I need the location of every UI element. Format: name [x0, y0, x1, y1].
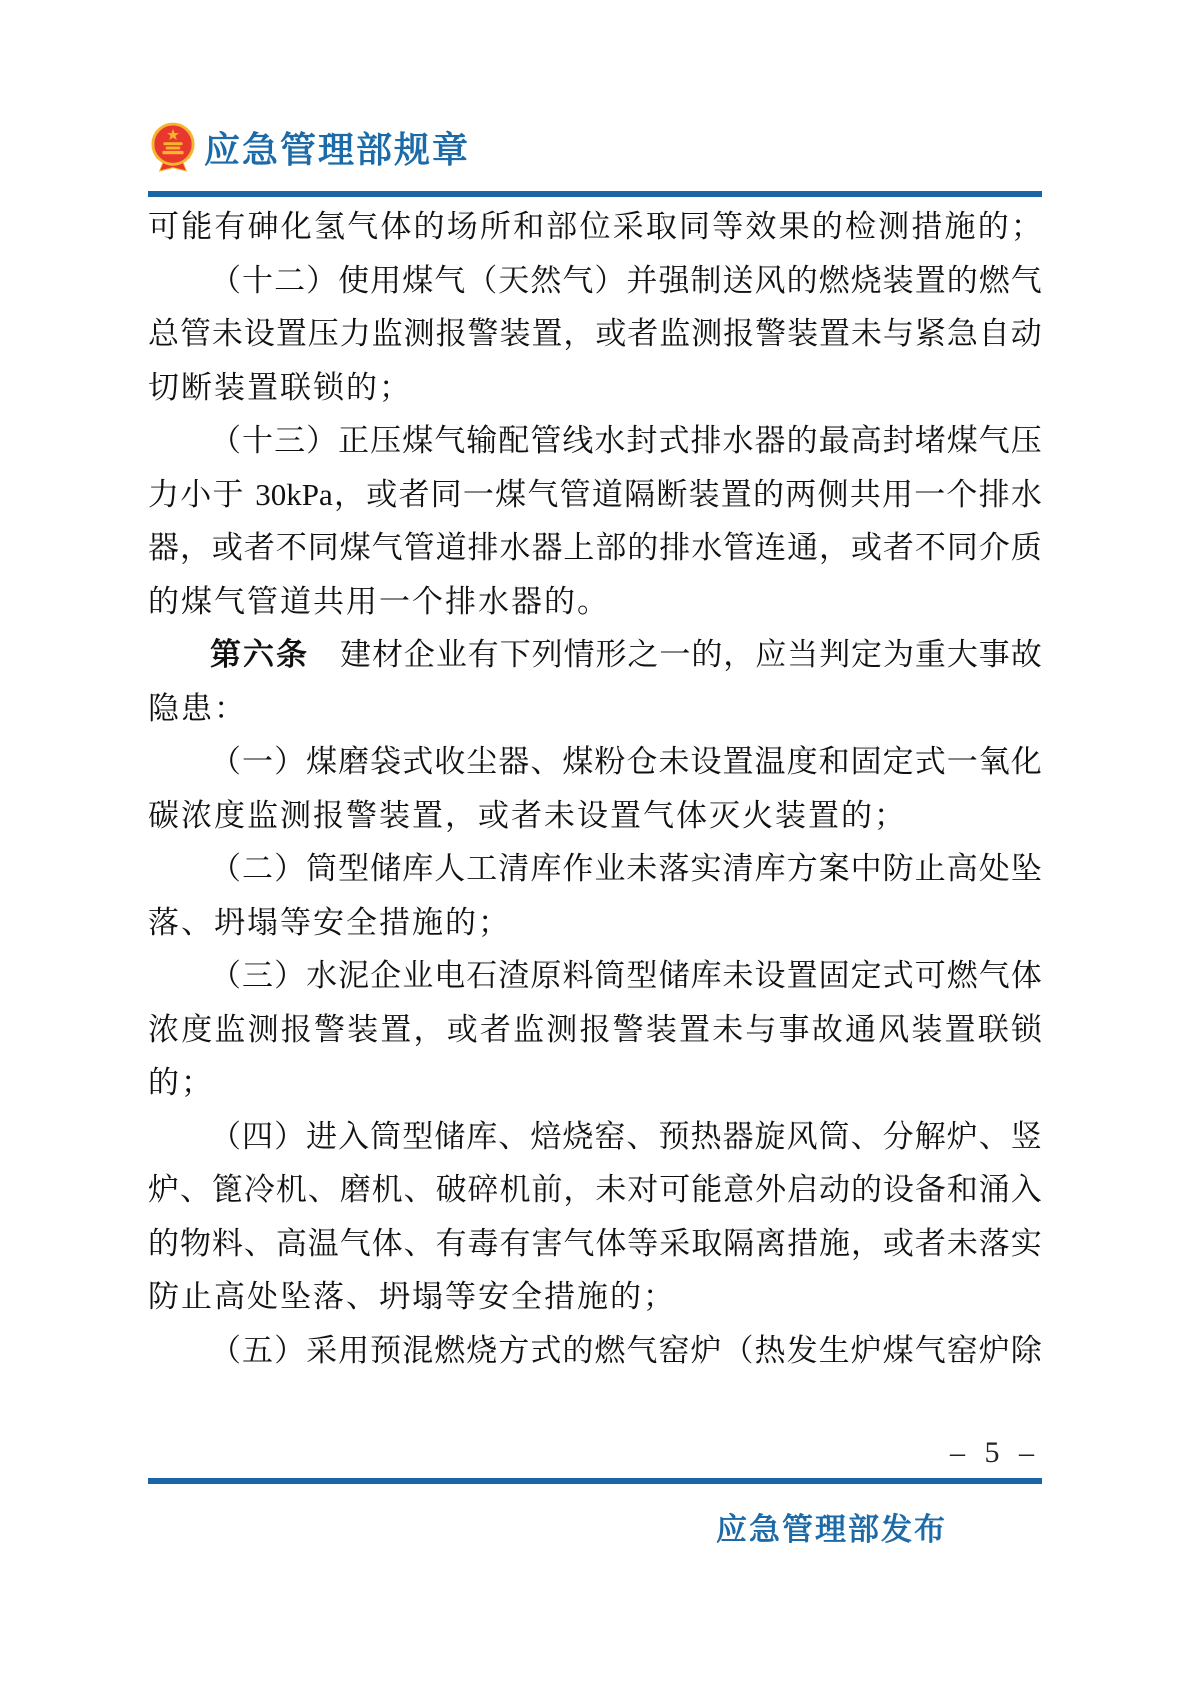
body-line: 隐患：: [148, 682, 1042, 736]
body-line: 炉、篦冷机、磨机、破碎机前，未对可能意外启动的设备和涌入: [148, 1163, 1042, 1217]
national-emblem-icon: [150, 122, 196, 174]
footer-divider: [148, 1478, 1042, 1484]
body-line: 的物料、高温气体、有毒有害气体等采取隔离措施，或者未落实: [148, 1217, 1042, 1271]
page: 应急管理部规章 可能有砷化氢气体的场所和部位采取同等效果的检测措施的； （十二）…: [0, 0, 1190, 1683]
publisher-label: 应急管理部发布: [716, 1504, 947, 1549]
body-line: （十三）正压煤气输配管线水封式排水器的最高封堵煤气压: [148, 414, 1042, 468]
page-title: 应急管理部规章: [204, 127, 470, 173]
body-line: 碳浓度监测报警装置，或者未设置气体灭火装置的；: [148, 789, 1042, 843]
header-divider: [148, 191, 1042, 197]
term-gap: [309, 628, 340, 682]
body-line: 力小于30kPa，或者同一煤气管道隔断装置的两侧共用一个排水: [148, 468, 1042, 522]
body-line: 切断装置联锁的；: [148, 361, 1042, 415]
body-line: （二）筒型储库人工清库作业未落实清库方案中防止高处坠: [148, 842, 1042, 896]
body-line: 防止高处坠落、坍塌等安全措施的；: [148, 1270, 1042, 1324]
body-line: （三）水泥企业电石渣原料筒型储库未设置固定式可燃气体: [148, 949, 1042, 1003]
body-line: 可能有砷化氢气体的场所和部位采取同等效果的检测措施的；: [148, 200, 1042, 254]
page-number: – 5 –: [950, 1436, 1040, 1470]
body-line: 的；: [148, 1056, 1042, 1110]
body-line: （五）采用预混燃烧方式的燃气窑炉（热发生炉煤气窑炉除: [148, 1324, 1042, 1378]
body-line: （十二）使用煤气（天然气）并强制送风的燃烧装置的燃气: [148, 254, 1042, 308]
body-line: （一）煤磨袋式收尘器、煤粉仓未设置温度和固定式一氧化: [148, 735, 1042, 789]
body-line: 落、坍塌等安全措施的；: [148, 896, 1042, 950]
document-body: 可能有砷化氢气体的场所和部位采取同等效果的检测措施的； （十二）使用煤气（天然气…: [148, 200, 1042, 1377]
body-line: （四）进入筒型储库、焙烧窑、预热器旋风筒、分解炉、竖: [148, 1110, 1042, 1164]
body-line: 的煤气管道共用一个排水器的。: [148, 575, 1042, 629]
body-line: 第六条 建材企业有下列情形之一的，应当判定为重大事故: [148, 628, 1042, 682]
body-line: 总管未设置压力监测报警装置，或者监测报警装置未与紧急自动: [148, 307, 1042, 361]
body-line: 器，或者不同煤气管道排水器上部的排水管连通，或者不同介质: [148, 521, 1042, 575]
article-term: 第六条: [210, 628, 309, 682]
body-line: 浓度监测报警装置，或者监测报警装置未与事故通风装置联锁: [148, 1003, 1042, 1057]
